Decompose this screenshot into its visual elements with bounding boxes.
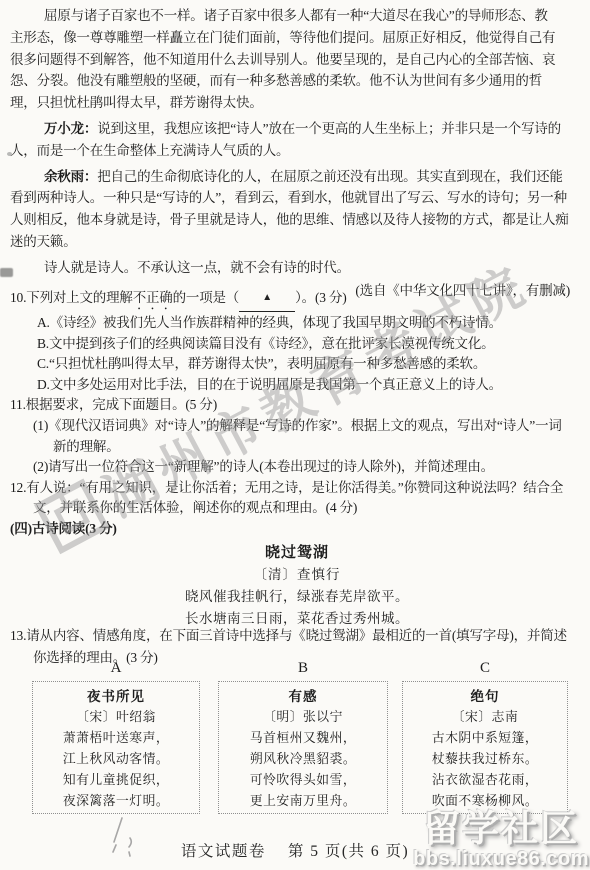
passage-line: 怨、分裂。他没有雕塑般的坚硬，而有一种多愁善感的柔软。他不认为世间有多少通用的哲 [10,70,584,92]
poem-line: 晓风催我挂帆行，绿涨春芜岸欲平。 [10,586,584,608]
poem-line: 古木阴中系短篷， [403,728,567,749]
question-text: 有人说：“有用之知识，是让你活着；无用之诗，是让你活得美。”你赞同这种说法吗？结… [26,480,563,495]
question-12: 12.有人说：“有用之知识，是让你活着；无用之诗，是让你活得美。”你赞同这种说法… [10,478,584,499]
reading-passage: 屈原与诸子百家也不一样。诸子百家中很多人都有一种“大道尽在我心”的导师形态、教 … [10,5,584,301]
poem-line: 更上安南万里舟。 [219,791,387,812]
question-number: 13. [10,628,26,643]
questions-block: 10.下列对上文的理解不正确的一项是（▲）。(3 分) A.《诗经》被我们先人当… [10,288,584,519]
poem-author: 〔宋〕志南 [403,707,567,728]
poem-box-a: 夜书所见 〔宋〕叶绍翁 萧萧梧叶送寒声， 江上秋风动客情。 知有儿童挑促织， 夜… [32,681,200,814]
poem-line: 马首桓州又魏州， [219,728,387,749]
question-number: 10. [10,290,26,305]
dialogue-text: 看到两种诗人。一种只是“写诗的人”，看到云，看到水，他就冒出了写云、写水的诗句；… [10,187,584,209]
poem-title: 夜书所见 [33,687,199,707]
question-text: 根据要求，完成下面题目。(5 分) [26,397,217,412]
question-number: 11. [10,397,26,412]
question-text: 请从内容、情感角度，在下面三首诗中选择与《晓过鸳湖》最相近的一首(填写字母)，并… [26,628,567,643]
poem-author: 〔宋〕叶绍翁 [33,707,199,728]
poem-line: 吹面不寒杨柳风。 [403,791,567,812]
option-b: B.文中提到孩子们的经典阅读篇目没有《诗经》，意在批评家长漠视传统文化。 [10,334,584,355]
answer-blank: ▲ [239,288,295,312]
question-text: ）。(3 分) [295,290,346,305]
passage-line: 很多问题得不到解答，他不知道用什么去训导别人。他要呈现的，是自己内心的全部苦恼、… [10,49,584,71]
poem-title: 有感 [219,687,387,707]
emphasized-text: 不正确 [133,290,173,305]
footer-document-title: 语文试题卷 [181,843,266,860]
option-a: A.《诗经》被我们先人当作族群精神的经典，体现了我国早期文明的不朽诗情。 [10,313,584,334]
poem-line: 夜深篱落一灯明。 [33,791,199,812]
question-11: 11.根据要求，完成下面题目。(5 分) [10,395,584,416]
page-footer: 语文试题卷第 5 页(共 6 页) [0,839,590,861]
question-11-sub1-cont: 新的理解。 [10,437,584,458]
passage-closing-line: 诗人就是诗人。不承认这一点，就不会有诗的时代。 [10,257,584,279]
dialogue-text: 人，而是一个在生命整体上充满诗人气质的人。 [10,140,584,162]
choice-c-label: C [402,660,568,677]
question-text: 下列对上文的理解 [26,290,132,305]
classical-poetry-section: (四)古诗阅读(3 分) 晓过鸳湖 〔清〕查慎行 晓风催我挂帆行，绿涨春芜岸欲平… [10,518,584,630]
option-d: D.文中多处运用对比手法，目的在于说明屈原是我国第一个真正意义上的诗人。 [10,375,584,396]
dialogue-text: 把自己的生命彻底诗化的人，在屈原之前还没有出现。其实直到现在，我们还能 [97,169,563,184]
dialogue-wanxiaolong: 万小龙：说到这里，我想应该把“诗人”放在一个更高的人生坐标上；并非只是一个写诗的 [10,118,584,140]
question-12-cont: 文，并联系你的生活体验，阐述你的观点和理由。(4 分) [10,498,584,519]
poem-line: 杖藜扶我过桥东。 [403,749,567,770]
scan-smudge-artifact [0,268,13,277]
footer-page-number: 第 5 页(共 6 页) [288,843,409,860]
dialogue-yuqiuyu: 余秋雨：把自己的生命彻底诗化的人，在屈原之前还没有出现。其实直到现在，我们还能 [10,166,584,188]
scan-speck-artifact [7,152,12,156]
choice-b-label: B [218,660,388,677]
choice-a-label: A [32,660,200,677]
poem-box-c: 绝句 〔宋〕志南 古木阴中系短篷， 杖藜扶我过桥东。 沾衣欲湿杏花雨， 吹面不寒… [402,681,568,814]
speaker-name: 余秋雨： [44,169,97,184]
question-text: 的一项是（ [173,290,240,305]
poem-author: 〔清〕查慎行 [10,564,584,586]
poem-line: 知有儿童挑促织， [33,770,199,791]
poem-line: 沾衣欲湿杏花雨， [403,770,567,791]
question-11-sub2: (2)请写出一位符合这一“新理解”的诗人(本卷出现过的诗人除外)，并简述理由。 [10,457,584,478]
question-13: 13.请从内容、情感角度，在下面三首诗中选择与《晓过鸳湖》最相近的一首(填写字母… [10,625,584,647]
poem-line: 萧萧梧叶送寒声， [33,728,199,749]
passage-line: 屈原与诸子百家也不一样。诸子百家中很多人都有一种“大道尽在我心”的导师形态、教 [10,5,584,27]
section-heading: (四)古诗阅读(3 分) [10,518,584,540]
dialogue-text: 人则相反，他本身就是诗，骨子里就是诗人，他的思维、情感以及待人接物的方式，都是让… [10,209,584,231]
poem-line: 江上秋风动客情。 [33,749,199,770]
triangle-placeholder: ▲ [262,292,272,303]
pencil-scribble-mark [100,812,148,860]
dialogue-text: 迷的天籁。 [10,231,584,253]
poem-author: 〔明〕张以宁 [219,707,387,728]
poem-title: 绝句 [403,687,567,707]
option-c: C.“只担忧杜鹃叫得太早，群芳谢得太快”，表明屈原有一种多愁善感的柔软。 [10,354,584,375]
speaker-name: 万小龙： [44,121,97,136]
passage-line: 理，只担忧杜鹃叫得太早，群芳谢得太快。 [10,92,584,114]
poem-title: 晓过鸳湖 [10,542,584,564]
poem-line: 朔风秋冷黑貂裘。 [219,749,387,770]
passage-line: 主形态，像一尊尊雕塑一样矗立在门徒们面前，等待他们提问。屈原正好相反，他觉得自己… [10,27,584,49]
poem-line: 可怜吹得头如雪， [219,770,387,791]
poem-box-b: 有感 〔明〕张以宁 马首桓州又魏州， 朔风秋冷黑貂裘。 可怜吹得头如雪， 更上安… [218,681,388,814]
question-10: 10.下列对上文的理解不正确的一项是（▲）。(3 分) [10,288,584,313]
question-11-sub1: (1)《现代汉语词典》对“诗人”的解释是“写诗的作家”。根据上文的观点，写出对“… [10,416,584,437]
exam-page-scan: 屈原与诸子百家也不一样。诸子百家中很多人都有一种“大道尽在我心”的导师形态、教 … [0,0,590,870]
dialogue-text: 说到这里，我想应该把“诗人”放在一个更高的人生坐标上；并非只是一个写诗的 [97,121,561,136]
question-number: 12. [10,480,26,495]
poem-choice-table: A B C 夜书所见 〔宋〕叶绍翁 萧萧梧叶送寒声， 江上秋风动客情。 知有儿童… [0,660,590,816]
